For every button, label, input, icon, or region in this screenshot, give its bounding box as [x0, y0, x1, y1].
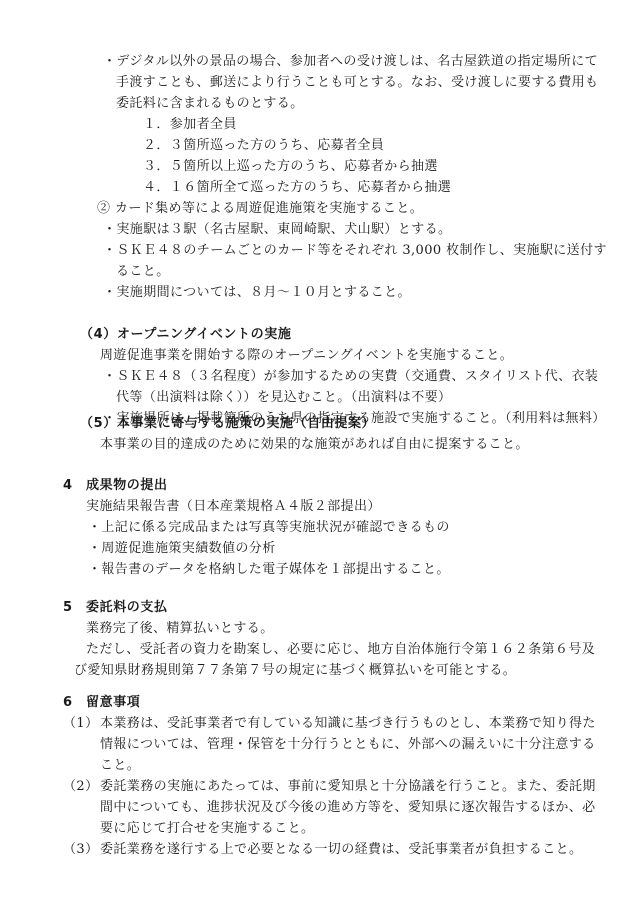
note-line: 本業務は、受託事業者で有している知識に基づき行うものとし、本業務で知り得た: [100, 713, 596, 734]
section-number: 4: [63, 475, 73, 496]
note-line: 間中についても、進捗状況及び今後の進め方等を、愛知県に逐次報告するほか、必: [100, 797, 596, 818]
subsection-heading-free-proposal: （5）本事業に寄与する施策の実施（自由提案）: [80, 413, 375, 434]
section-title-payment: 委託料の支払: [86, 597, 168, 618]
card-collection-line: ・実施期間については、８月～１０月とすること。: [103, 282, 411, 303]
free-proposal-line: 本事業の目的達成のために効果的な施策があれば自由に提案すること。: [100, 434, 529, 455]
note-line: 委託業務の実施にあたっては、事前に愛知県と十分協議を行うこと。また、委託期: [100, 776, 596, 797]
card-collection-line: ること。: [116, 261, 170, 282]
note-line: 要に応じて打合せを実施すること。: [100, 818, 314, 839]
prize-tier-item: ３．５箇所以上巡った方のうち、応募者から抽選: [143, 156, 438, 177]
note-label: （1）: [63, 713, 98, 734]
note-line: こと。: [100, 755, 140, 776]
prize-delivery-line: 委託料に含まれるものとする。: [116, 93, 304, 114]
payment-line: び愛知県財務規則第７７条第７号の規定に基づく概算払いを可能とする。: [74, 660, 516, 681]
deliverables-line: ・周遊促進施策実績数値の分析: [88, 538, 276, 559]
opening-event-line: 代等（出演料は除く））を見込むこと。（出演料は不要）: [116, 387, 451, 408]
opening-event-line: 周遊促進事業を開始する際のオープニングイベントを実施すること。: [100, 345, 513, 366]
note-line: 情報については、管理・保管を十分行うとともに、外部への漏えいに十分注意する: [100, 734, 596, 755]
card-collection-line: ・実施駅は３駅（名古屋駅、東岡崎駅、犬山駅）とする。: [103, 219, 451, 240]
prize-tier-item: ４．１６箇所全て巡った方のうち、応募者から抽選: [143, 177, 451, 198]
section-title-notes: 留意事項: [86, 692, 140, 713]
payment-line: 業務完了後、精算払いとする。: [86, 618, 274, 639]
note-line: 委託業務を遂行する上で必要となる一切の経費は、受託事業者が負担すること。: [100, 839, 582, 860]
prize-delivery-line: 手渡すことも、郵送により行うことも可とする。なお、受け渡しに要する費用も: [116, 72, 598, 93]
deliverables-line: 実施結果報告書（日本産業規格Ａ４版２部提出）: [86, 496, 381, 517]
opening-event-line: ・ＳＫＥ４８（３名程度）が参加するための実費（交通費、スタイリスト代、衣装: [103, 366, 598, 387]
section-number: 5: [63, 597, 73, 618]
deliverables-line: ・上記に係る完成品または写真等実施状況が確認できるもの: [88, 517, 450, 538]
card-collection-line: ・ＳＫＥ４８のチームごとのカード等をそれぞれ 3,000 枚制作し、実施駅に送付…: [103, 240, 607, 261]
section-title-deliverables: 成果物の提出: [86, 475, 168, 496]
note-label: （2）: [63, 776, 98, 797]
prize-delivery-line: ・デジタル以外の景品の場合、参加者への受け渡しは、名古屋鉄道の指定場所にて: [103, 51, 598, 72]
card-collection-title: ② カード集め等による周遊促進施策を実施すること。: [97, 198, 423, 219]
deliverables-line: ・報告書のデータを格納した電子媒体を１部提出すること。: [88, 559, 450, 580]
payment-line: ただし、受託者の資力を勘案し、必要に応じ、地方自治体施行令第１６２条第６号及: [86, 639, 595, 660]
subsection-heading-opening-event: （4）オープニングイベントの実施: [80, 324, 291, 345]
prize-tier-item: ２．３箇所巡った方のうち、応募者全員: [143, 135, 384, 156]
section-number: 6: [63, 692, 73, 713]
prize-tier-item: １．参加者全員: [143, 114, 237, 135]
note-label: （3）: [63, 839, 98, 860]
